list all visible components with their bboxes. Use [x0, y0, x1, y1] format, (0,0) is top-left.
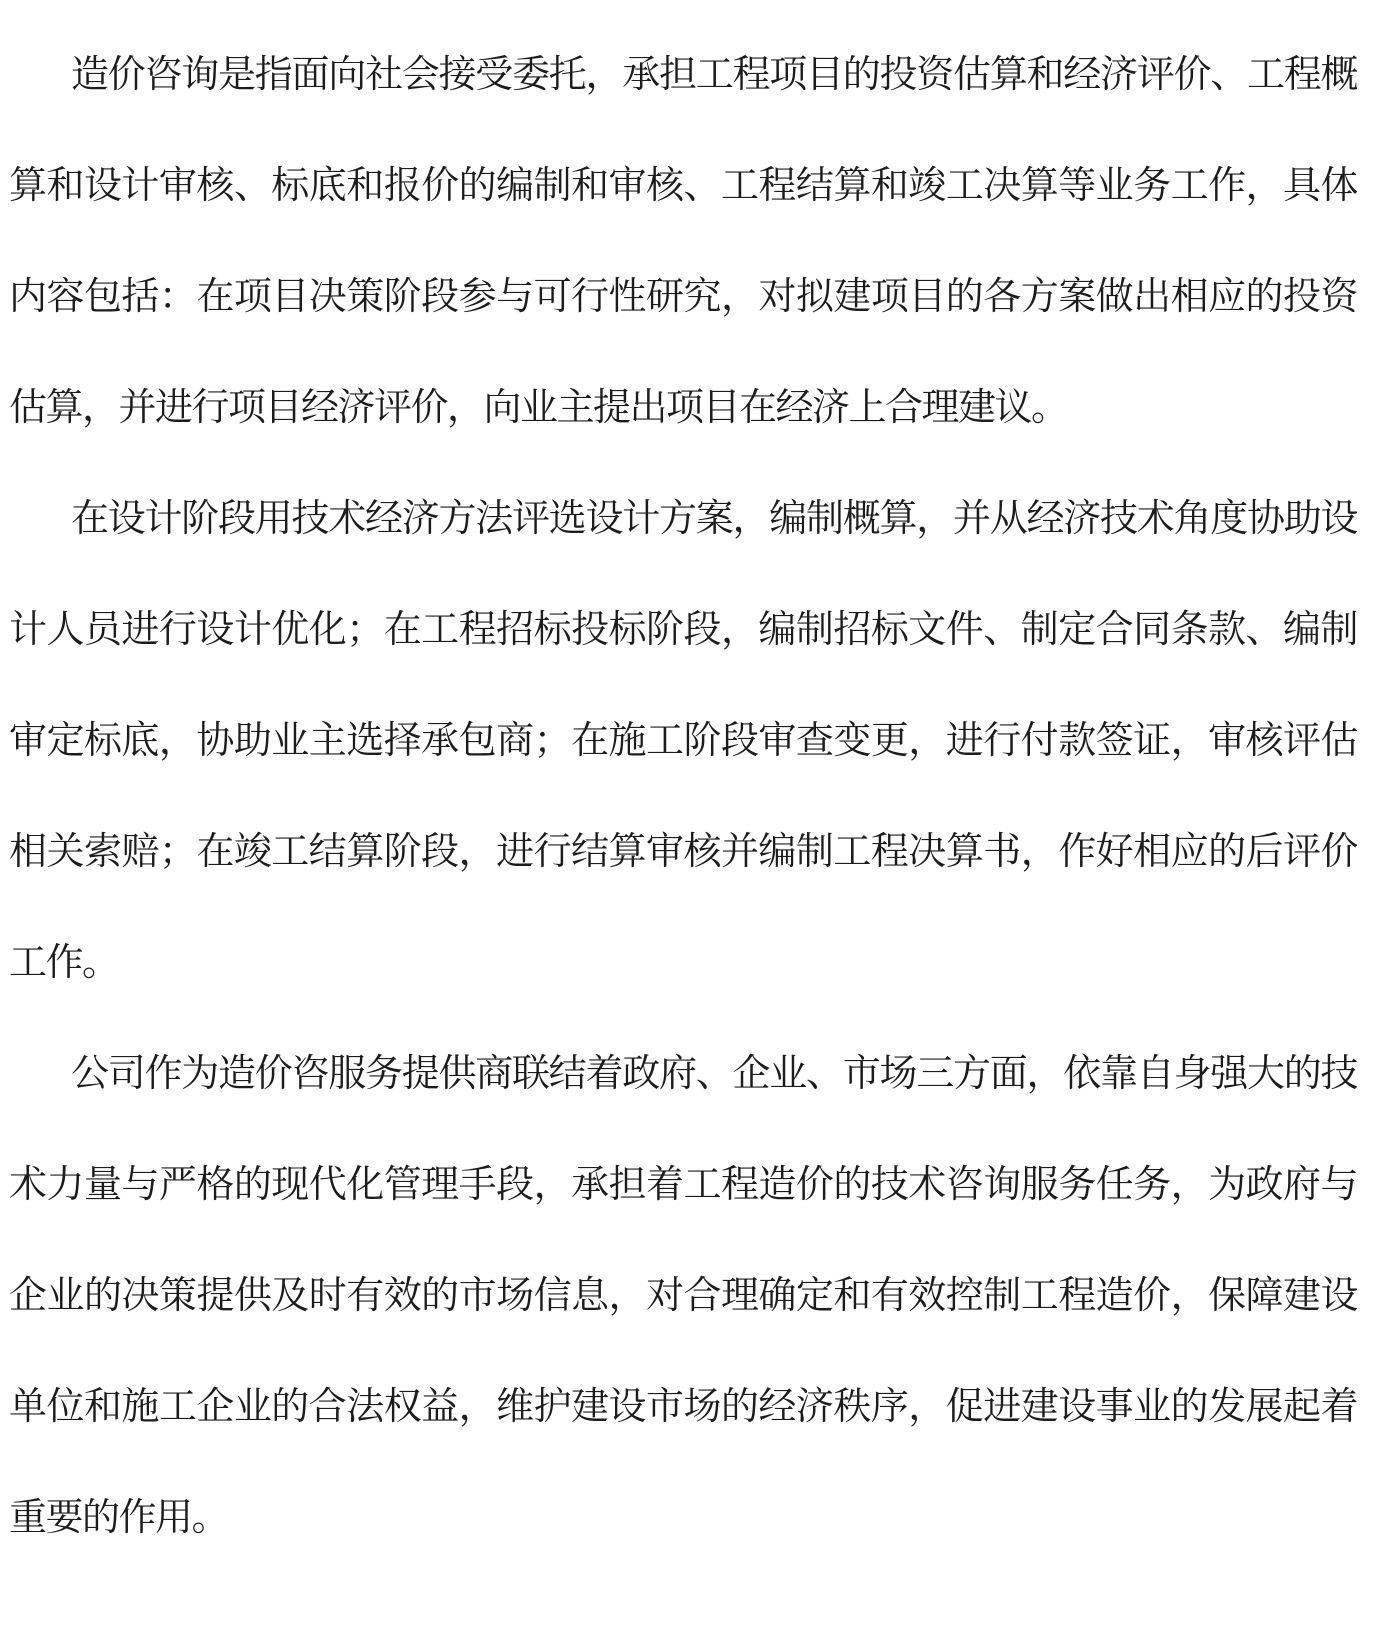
text-line: 在设计阶段用技术经济方法评选设计方案，编制概算，并从经济技术角度协助设	[9, 464, 1357, 575]
paragraph-2: 在设计阶段用技术经济方法评选设计方案，编制概算，并从经济技术角度协助设 计人员进…	[9, 464, 1357, 1019]
text-line: 重要的作用。	[9, 1463, 1357, 1574]
text-line: 术力量与严格的现代化管理手段，承担着工程造价的技术咨询服务任务，为政府与	[9, 1130, 1357, 1241]
text-line: 算和设计审核、标底和报价的编制和审核、工程结算和竣工决算等业务工作，具体	[9, 131, 1357, 242]
text-line: 工作。	[9, 908, 1357, 1019]
text-line: 造价咨询是指面向社会接受委托，承担工程项目的投资估算和经济评价、工程概	[9, 20, 1357, 131]
paragraph-1: 造价咨询是指面向社会接受委托，承担工程项目的投资估算和经济评价、工程概 算和设计…	[9, 20, 1357, 464]
paragraph-3: 公司作为造价咨服务提供商联结着政府、企业、市场三方面，依靠自身强大的技 术力量与…	[9, 1019, 1357, 1574]
text-line: 单位和施工企业的合法权益，维护建设市场的经济秩序，促进建设事业的发展起着	[9, 1352, 1357, 1463]
text-line: 内容包括：在项目决策阶段参与可行性研究，对拟建项目的各方案做出相应的投资	[9, 242, 1357, 353]
text-line: 企业的决策提供及时有效的市场信息，对合理确定和有效控制工程造价，保障建设	[9, 1241, 1357, 1352]
document-page: 造价咨询是指面向社会接受委托，承担工程项目的投资估算和经济评价、工程概 算和设计…	[0, 0, 1400, 1633]
text-line: 计人员进行设计优化；在工程招标投标阶段，编制招标文件、制定合同条款、编制	[9, 575, 1357, 686]
text-line: 审定标底，协助业主选择承包商；在施工阶段审查变更，进行付款签证，审核评估	[9, 686, 1357, 797]
text-line: 相关索赔；在竣工结算阶段，进行结算审核并编制工程决算书，作好相应的后评价	[9, 797, 1357, 908]
text-line: 估算，并进行项目经济评价，向业主提出项目在经济上合理建议。	[9, 353, 1357, 464]
text-line: 公司作为造价咨服务提供商联结着政府、企业、市场三方面，依靠自身强大的技	[9, 1019, 1357, 1130]
